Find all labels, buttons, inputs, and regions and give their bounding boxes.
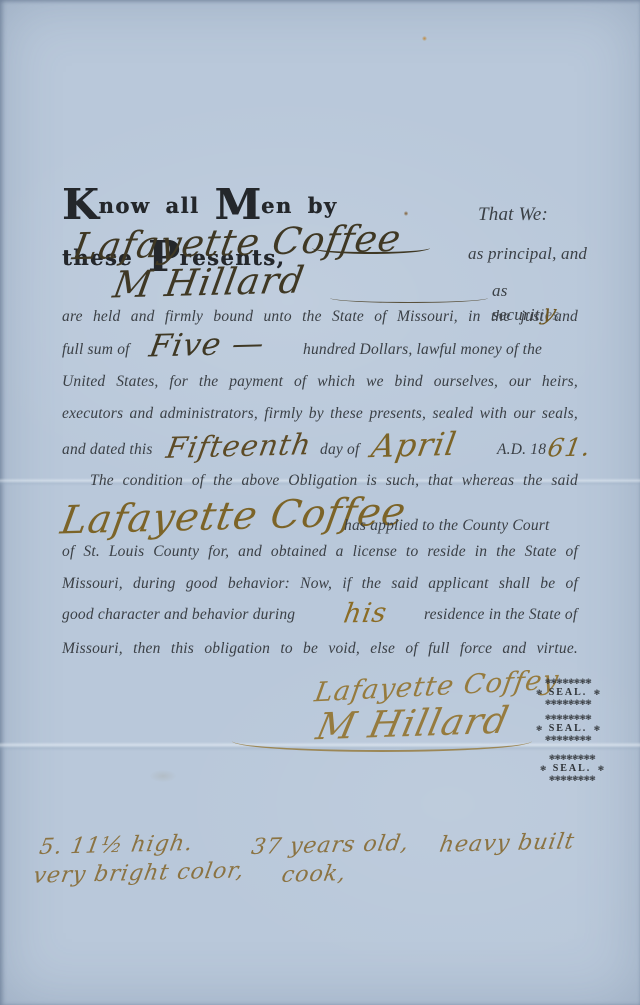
note-build: heavy built: [438, 829, 577, 858]
condition-line-3: of St. Louis County for, and obtained a …: [62, 542, 578, 562]
seal-border-ornament: ❃❃❃❃❃❃❃❃: [540, 775, 604, 783]
month-entry: April: [369, 425, 460, 465]
day-entry: Fifteenth: [164, 427, 315, 465]
obligation-line-4: executors and administrators, firmly by …: [62, 404, 578, 424]
obligation-line-5-mid: day of: [320, 441, 360, 459]
document-paper: KnowallMenby thesePresents, That We: Laf…: [0, 0, 640, 1005]
flourish-line: [330, 294, 488, 303]
paper-stain: [150, 770, 176, 782]
note-complexion: very bright color,: [31, 858, 246, 888]
seal-border-ornament: ❃: [536, 723, 542, 734]
amount-entry: Five —: [147, 326, 268, 365]
seal-border-ornament: ❃: [594, 687, 600, 698]
note-age: 37 years old,: [250, 831, 412, 860]
obligation-line-1: are held and firmly bound unto the State…: [62, 307, 578, 327]
seal-border-ornament: ❃❃❃❃❃❃❃❃: [536, 714, 600, 722]
heading-that-we: That We:: [478, 204, 548, 226]
seal-label: SEAL.: [553, 763, 592, 774]
heading-word: now: [99, 193, 151, 218]
seal-stamp-3: ❃❃❃❃❃❃❃❃ ❃SEAL.❃ ❃❃❃❃❃❃❃❃: [540, 754, 604, 783]
pronoun-entry: his: [341, 597, 389, 629]
obligation-line-3: United States, for the payment of which …: [62, 372, 578, 392]
obligation-line-5-pre: and dated this: [62, 441, 153, 459]
condition-line-5-pre: good character and behavior during: [62, 606, 295, 624]
principal-label: as principal, and: [468, 244, 587, 264]
ad-printed-label: A.D. 18: [497, 441, 546, 459]
year-entry: 61.: [545, 432, 593, 462]
paper-stain: [422, 36, 427, 41]
seal-label: SEAL.: [549, 687, 588, 698]
condition-line-4: Missouri, during good behavior: Now, if …: [62, 574, 578, 594]
condition-line-1: The condition of the above Obligation is…: [62, 471, 578, 491]
seal-border-ornament: ❃❃❃❃❃❃❃❃: [540, 754, 604, 762]
seal-stamp-1: ❃❃❃❃❃❃❃❃ ❃SEAL.❃ ❃❃❃❃❃❃❃❃: [536, 678, 600, 707]
seal-border-ornament: ❃: [536, 687, 542, 698]
seal-border-ornament: ❃: [594, 723, 600, 734]
condition-line-5-post: residence in the State of: [424, 606, 577, 624]
seal-border-ornament: ❃❃❃❃❃❃❃❃: [536, 678, 600, 686]
seal-stamp-2: ❃❃❃❃❃❃❃❃ ❃SEAL.❃ ❃❃❃❃❃❃❃❃: [536, 714, 600, 743]
heading-word: en: [261, 193, 293, 218]
note-height: 5. 11½ high.: [38, 831, 196, 860]
heading-initial-k: K: [62, 180, 99, 229]
seal-label: SEAL.: [549, 723, 588, 734]
obligation-line-2-pre: full sum of: [62, 341, 130, 359]
seal-border-ornament: ❃: [540, 763, 546, 774]
security-name-entry: M Hillard: [110, 259, 308, 307]
seal-border-ornament: ❃: [598, 763, 604, 774]
condition-line-2-post: has applied to the County Court: [344, 517, 550, 535]
seal-border-ornament: ❃❃❃❃❃❃❃❃: [536, 735, 600, 743]
obligation-line-2-post: hundred Dollars, lawful money of the: [303, 341, 542, 359]
seal-border-ornament: ❃❃❃❃❃❃❃❃: [536, 699, 600, 707]
heading-word: all: [165, 193, 199, 218]
condition-line-6: Missouri, then this obligation to be voi…: [62, 639, 578, 659]
note-occupation: cook,: [280, 861, 349, 888]
signature-flourish: [232, 738, 532, 752]
